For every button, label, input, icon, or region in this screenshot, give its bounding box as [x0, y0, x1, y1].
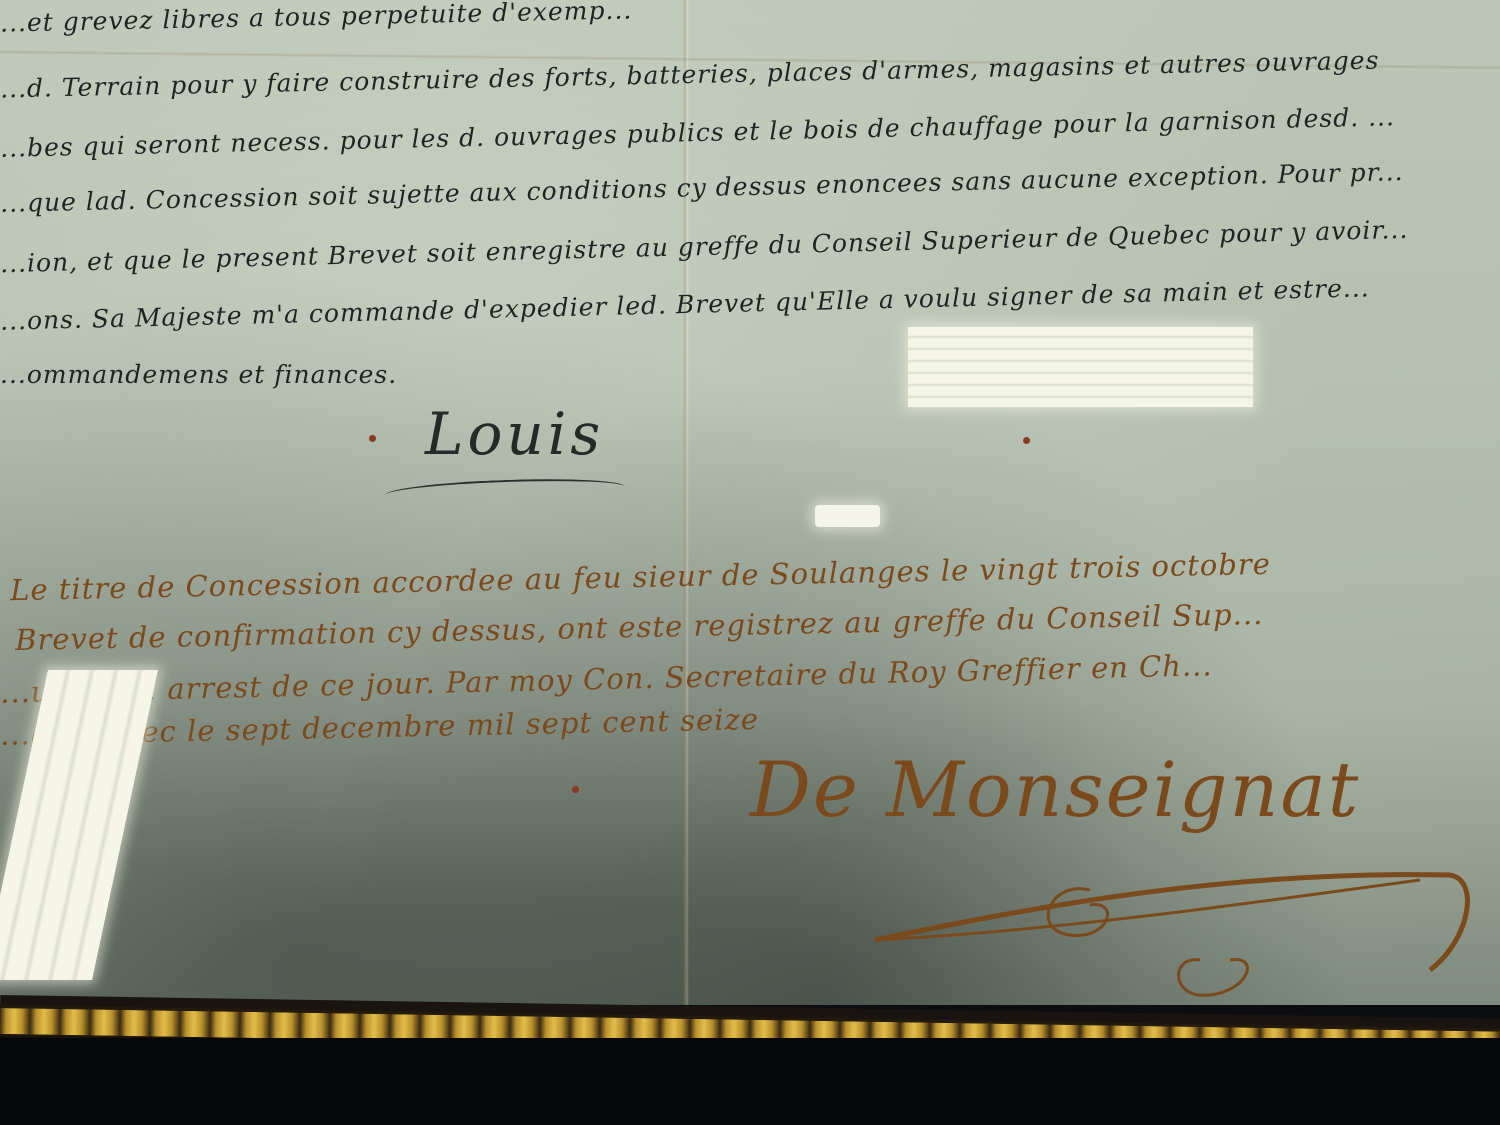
ink-spot [1023, 437, 1030, 444]
text-line-7: ...ommandemens et finances. [0, 360, 397, 389]
countersignature-de-monseignat: De Monseignat [750, 745, 1360, 834]
small-reflection-glare [815, 505, 880, 527]
black-frame-border [0, 1038, 1500, 1125]
ink-spot [572, 786, 579, 793]
ink-spot [369, 435, 376, 442]
royal-signature-louis: Louis [425, 400, 604, 468]
signature-paraph-flourish [870, 860, 1470, 1000]
vertical-fold-crease [683, 0, 689, 1005]
window-reflection-glare [908, 327, 1253, 407]
